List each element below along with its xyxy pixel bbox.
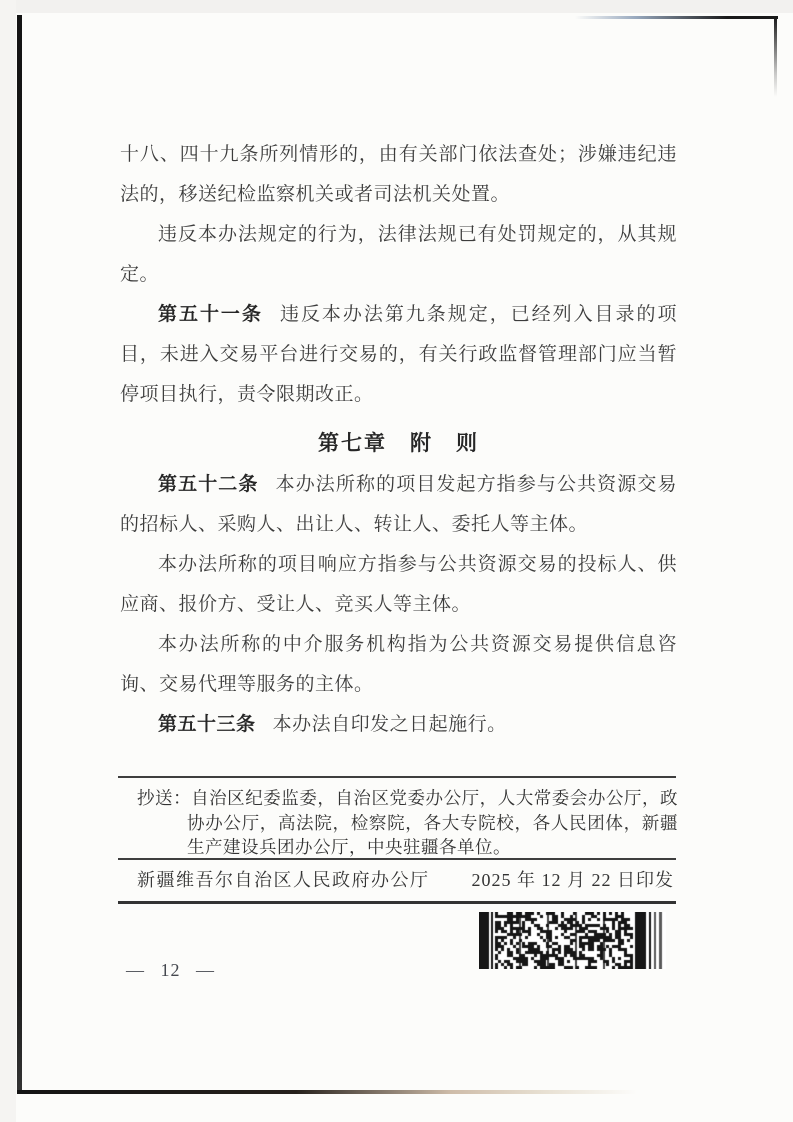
paragraph-text: 十八、四十九条所列情形的，由有关部门依法查处；涉嫌违纪违法的，移送纪检监察机关或… — [120, 144, 677, 205]
copy-to-label: 抄送： — [137, 788, 191, 808]
page-number: — 12 — — [126, 960, 215, 981]
paragraph-continuation: 十八、四十九条所列情形的，由有关部门依法查处；涉嫌违纪违法的，移送纪检监察机关或… — [120, 135, 677, 215]
article-number-label: 第五十三条 — [158, 714, 256, 735]
page-border-right — [774, 17, 777, 97]
article-number-label: 第五十一条 — [158, 304, 263, 325]
footer-rule-top — [118, 776, 676, 778]
footer-rule-middle — [118, 858, 676, 860]
issuer-row: 新疆维吾尔自治区人民政府办公厅 2025 年 12 月 22 日印发 — [137, 868, 674, 892]
paragraph-text: 本办法自印发之日起施行。 — [273, 714, 507, 735]
copy-to-text: 自治区纪委监委，自治区党委办公厅，人大常委会办公厅，政协办公厅，高法院，检察院，… — [187, 788, 678, 857]
article-number-label: 第五十二条 — [158, 474, 259, 495]
paragraph-article-51: 第五十一条违反本办法第九条规定，已经列入目录的项目，未进入交易平台进行交易的，有… — [120, 295, 677, 415]
paragraph: 本办法所称的中介服务机构指为公共资源交易提供信息咨询、交易代理等服务的主体。 — [120, 625, 677, 705]
chapter-heading: 第七章 附 则 — [120, 429, 677, 458]
paragraph: 本办法所称的项目响应方指参与公共资源交易的投标人、供应商、报价方、受让人、竞买人… — [120, 545, 677, 625]
document-barcode — [479, 912, 666, 969]
page-border-top-right — [575, 16, 778, 19]
scan-page: 十八、四十九条所列情形的，由有关部门依法查处；涉嫌违纪违法的，移送纪检监察机关或… — [0, 0, 793, 1122]
page-border-bottom — [17, 1090, 637, 1094]
paragraph-article-52: 第五十二条本办法所称的项目发起方指参与公共资源交易的招标人、采购人、出让人、转让… — [120, 465, 677, 545]
issuer-name: 新疆维吾尔自治区人民政府办公厅 — [137, 868, 430, 892]
scan-edge-left — [0, 0, 16, 1122]
paragraph-text: 违反本办法规定的行为，法律法规已有处罚规定的，从其规定。 — [120, 224, 677, 285]
paragraph: 违反本办法规定的行为，法律法规已有处罚规定的，从其规定。 — [120, 215, 677, 295]
document-body: 十八、四十九条所列情形的，由有关部门依法查处；涉嫌违纪违法的，移送纪检监察机关或… — [120, 135, 677, 745]
paragraph-text: 本办法所称的中介服务机构指为公共资源交易提供信息咨询、交易代理等服务的主体。 — [120, 634, 677, 695]
paragraph-text: 本办法所称的项目响应方指参与公共资源交易的投标人、供应商、报价方、受让人、竞买人… — [120, 554, 677, 615]
footer-rule-bottom — [118, 901, 676, 904]
scan-edge-top — [0, 0, 793, 13]
page-border-left — [17, 15, 22, 1093]
paragraph-article-53: 第五十三条本办法自印发之日起施行。 — [120, 705, 677, 745]
copy-to-block: 抄送：自治区纪委监委，自治区党委办公厅，人大常委会办公厅，政协办公厅，高法院，检… — [137, 786, 678, 860]
print-date: 2025 年 12 月 22 日印发 — [472, 868, 675, 892]
